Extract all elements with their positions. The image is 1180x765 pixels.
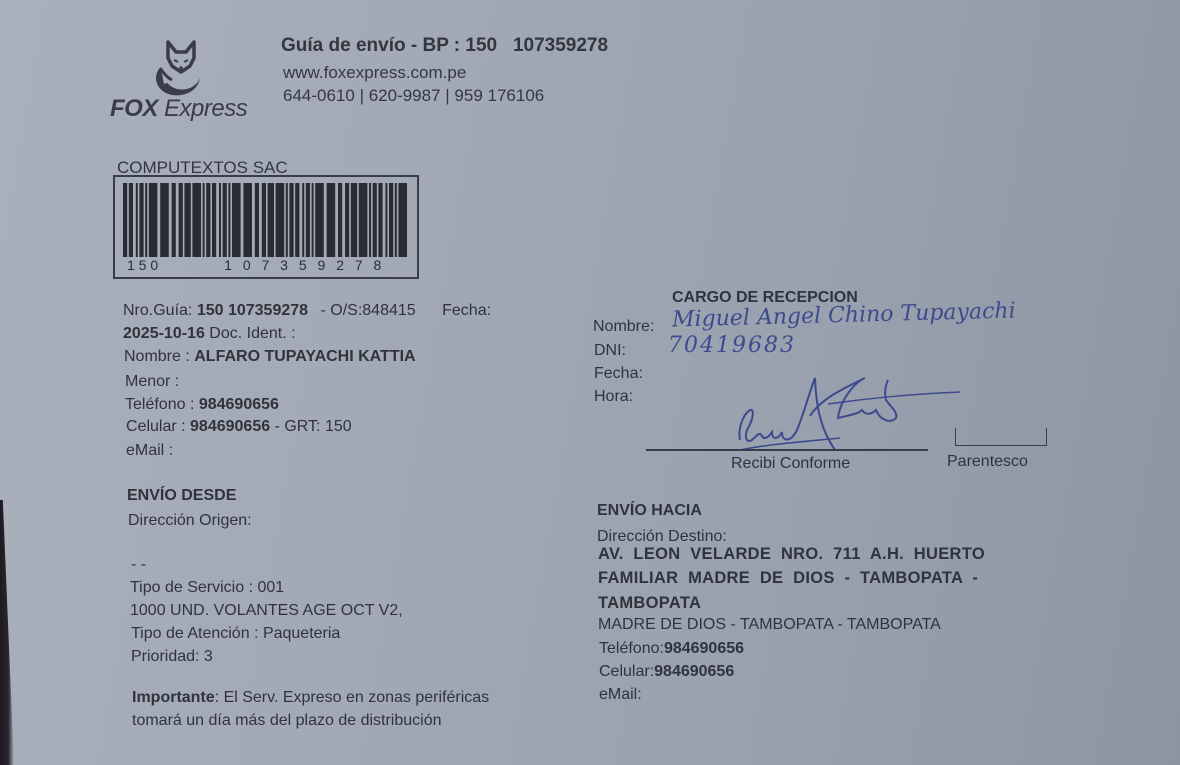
- destino-telefono-value: 984690656: [664, 640, 744, 657]
- paper-edge-shadow: [0, 500, 14, 765]
- handwritten-dni: 70419683: [668, 333, 796, 358]
- celular-label: Celular :: [126, 418, 190, 435]
- importante-note: Importante: El Serv. Expreso en zonas pe…: [132, 686, 489, 710]
- nombre-label: Nombre :: [124, 348, 194, 365]
- cargo-hora-label: Hora:: [594, 385, 633, 409]
- address-line-1: AV. LEON VELARDE NRO. 711 A.H. HUERTO: [598, 542, 985, 567]
- phone-numbers: 644-0610 | 620-9987 | 959 176106: [283, 86, 544, 106]
- direccion-origen-value: - -: [131, 553, 146, 577]
- parentesco-field: [955, 428, 1047, 446]
- destination-region: MADRE DE DIOS - TAMBOPATA - TAMBOPATA: [598, 613, 941, 637]
- fecha-label: Fecha:: [442, 302, 491, 319]
- nro-guia-label: Nro.Guía:: [123, 302, 192, 319]
- importante-text: : El Serv. Expreso en zonas periféricas: [215, 689, 490, 706]
- email-label: eMail :: [126, 439, 173, 463]
- telefono-label: Teléfono :: [125, 396, 199, 413]
- grt-text: - GRT: 150: [270, 418, 352, 435]
- signature-line: [646, 449, 928, 451]
- fecha-doc-line: 2025-10-16 Doc. Ident. :: [123, 322, 296, 346]
- fox-icon: [150, 38, 212, 98]
- destino-celular-label: Celular:: [599, 663, 654, 680]
- brand-logo: FOX Express: [110, 95, 247, 123]
- barcode-digits: 1 5 01 0 7 3 5 9 2 7 8: [127, 257, 385, 273]
- telefono-line: Teléfono : 984690656: [125, 393, 279, 417]
- menor-label: Menor :: [125, 370, 179, 394]
- website-link[interactable]: www.foxexpress.com.pe: [283, 63, 466, 83]
- doc-ident-label: Doc. Ident. :: [205, 325, 296, 342]
- cargo-fecha-label: Fecha:: [594, 362, 643, 386]
- destino-telefono-line: Teléfono:984690656: [599, 637, 744, 661]
- barcode-digits-left: 1 5 0: [127, 257, 158, 273]
- signature-mark: [640, 370, 970, 460]
- recibi-conforme-label: Recibi Conforme: [731, 452, 850, 476]
- prioridad: Prioridad: 3: [131, 645, 213, 669]
- cargo-dni-label: DNI:: [594, 339, 626, 363]
- celular-value: 984690656: [190, 418, 270, 435]
- brand-bold: FOX: [110, 95, 158, 122]
- address-line-2: FAMILIAR MADRE DE DIOS - TAMBOPATA -: [598, 566, 978, 591]
- direccion-origen-label: Dirección Origen:: [128, 509, 252, 533]
- nro-guia-value: 150 107359278: [197, 302, 308, 319]
- destino-email-label: eMail:: [599, 683, 642, 707]
- envio-desde-title: ENVÍO DESDE: [127, 487, 236, 505]
- nombre-value: ALFARO TUPAYACHI KATTIA: [194, 348, 415, 365]
- celular-line: Celular : 984690656 - GRT: 150: [126, 415, 352, 439]
- importante-label: Importante: [132, 689, 215, 706]
- telefono-value: 984690656: [199, 396, 279, 413]
- os-number: - O/S:848415: [321, 302, 416, 319]
- parentesco-label: Parentesco: [947, 450, 1028, 474]
- envio-hacia-title: ENVÍO HACIA: [597, 502, 702, 520]
- tipo-atencion: Tipo de Atención : Paqueteria: [131, 622, 340, 646]
- barcode-bars: [123, 183, 409, 257]
- destino-telefono-label: Teléfono:: [599, 640, 664, 657]
- destino-celular-value: 984690656: [654, 663, 734, 680]
- destino-celular-line: Celular:984690656: [599, 660, 734, 684]
- cargo-nombre-label: Nombre:: [593, 315, 654, 339]
- barcode: 1 5 01 0 7 3 5 9 2 7 8: [113, 175, 419, 279]
- importante-text-2: tomará un día más del plazo de distribuc…: [132, 709, 442, 733]
- package-description: 1000 UND. VOLANTES AGE OCT V2,: [130, 599, 403, 623]
- nro-guia-line: Nro.Guía: 150 107359278 - O/S:848415 Fec…: [123, 299, 491, 323]
- tipo-servicio: Tipo de Servicio : 001: [130, 576, 284, 600]
- brand-light: Express: [158, 95, 247, 122]
- barcode-digits-right: 1 0 7 3 5 9 2 7 8: [224, 257, 385, 273]
- nombre-line: Nombre : ALFARO TUPAYACHI KATTIA: [124, 345, 416, 369]
- guide-title: Guía de envío - BP : 150 107359278: [281, 35, 608, 57]
- fecha-value: 2025-10-16: [123, 325, 205, 342]
